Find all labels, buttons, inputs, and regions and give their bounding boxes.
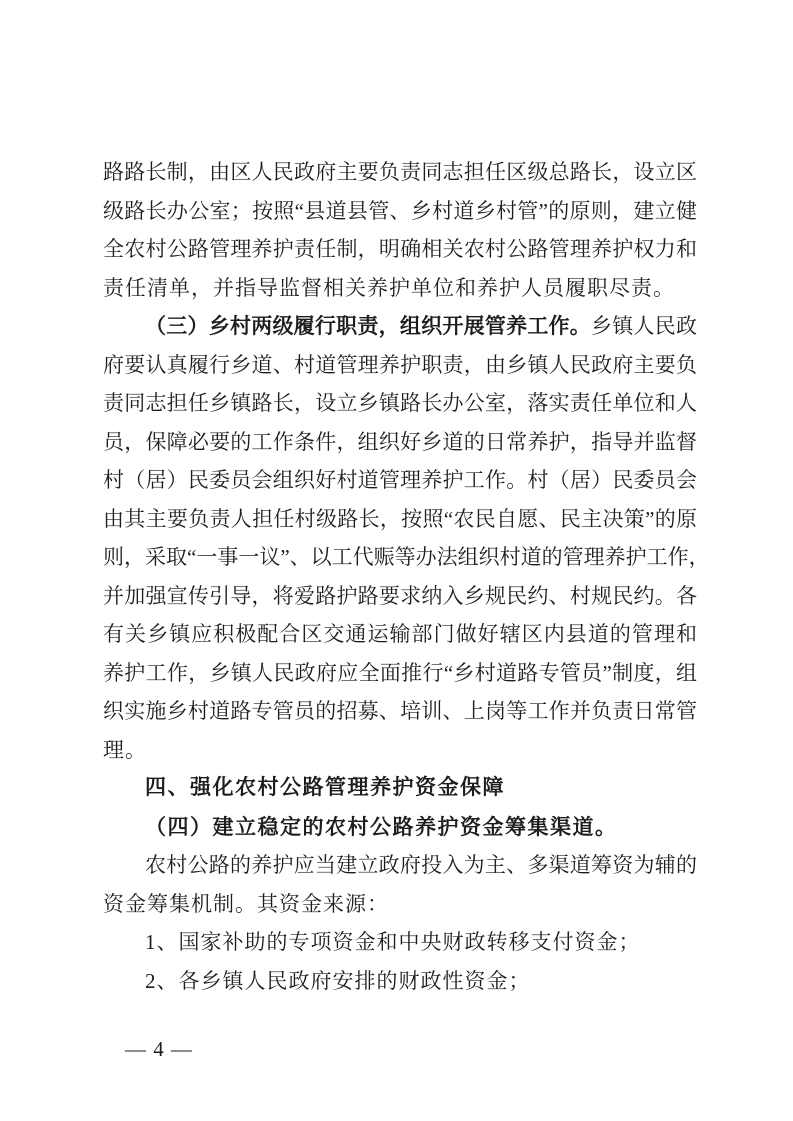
paragraph-line: 级路长办公室；按照“县道县管、乡村道乡村管”的原则，建立健 — [103, 192, 697, 231]
paragraph-line: 责任清单，并指导监督相关养护单位和养护人员履职尽责。 — [103, 269, 697, 308]
list-item-2: 2、各乡镇人民政府安排的财政性资金； — [103, 962, 697, 1001]
page-number: — 4 — — [125, 1036, 193, 1062]
paragraph-line: 路路长制，由区人民政府主要负责同志担任区级总路长，设立区 — [103, 153, 697, 192]
paragraph-line: 有关乡镇应积极配合区交通运输部门做好辖区内县道的管理和 — [103, 615, 697, 654]
paragraph-line: 府要认真履行乡道、村道管理养护职责，由乡镇人民政府主要负 — [103, 346, 697, 385]
paragraph-line: 则，采取“一事一议”、以工代赈等办法组织村道的管理养护工作， — [103, 538, 697, 577]
paragraph-line: 并加强宣传引导，将爱路护路要求纳入乡规民约、村规民约。各 — [103, 577, 697, 616]
paragraph-line: 员，保障必要的工作条件，组织好乡道的日常养护，指导并监督 — [103, 423, 697, 462]
paragraph-line: 村（居）民委员会组织好村道管理养护工作。村（居）民委员会 — [103, 461, 697, 500]
section-3-heading: （三）乡村两级履行职责，组织开展管养工作。 — [145, 314, 591, 338]
section-3-body-start: 乡镇人民政 — [591, 314, 697, 338]
paragraph-line: 由其主要负责人担任村级路长，按照“农民自愿、民主决策”的原 — [103, 500, 697, 539]
section-4-chapter-heading: 四、强化农村公路管理养护资金保障 — [103, 769, 697, 808]
paragraph-line: 农村公路的养护应当建立政府投入为主、多渠道筹资为辅的 — [103, 846, 697, 885]
paragraph-line: 理。 — [103, 731, 697, 770]
list-item-1: 1、国家补助的专项资金和中央财政转移支付资金； — [103, 923, 697, 962]
paragraph-line: 织实施乡村道路专管员的招募、培训、上岗等工作并负责日常管 — [103, 692, 697, 731]
paragraph-line: 养护工作，乡镇人民政府应全面推行“乡村道路专管员”制度，组 — [103, 654, 697, 693]
section-4-item-heading: （四）建立稳定的农村公路养护资金筹集渠道。 — [103, 808, 697, 847]
text-block: 路路长制，由区人民政府主要负责同志担任区级总路长，设立区 级路长办公室；按照“县… — [103, 153, 697, 1000]
paragraph-line: 全农村公路管理养护责任制，明确相关农村公路管理养护权力和 — [103, 230, 697, 269]
section-3-lead-line: （三）乡村两级履行职责，组织开展管养工作。乡镇人民政 — [103, 307, 697, 346]
document-page: 路路长制，由区人民政府主要负责同志担任区级总路长，设立区 级路长办公室；按照“县… — [0, 0, 793, 1121]
paragraph-line: 资金筹集机制。其资金来源： — [103, 885, 697, 924]
paragraph-line: 责同志担任乡镇路长，设立乡镇路长办公室，落实责任单位和人 — [103, 384, 697, 423]
